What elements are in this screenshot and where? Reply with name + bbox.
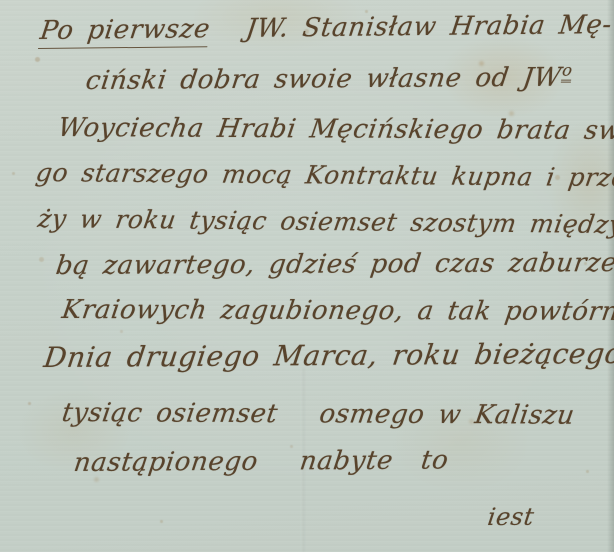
foxing-spots	[0, 0, 3, 3]
line-text: osmego w Kaliszu	[317, 399, 576, 430]
line-text: go starszego mocą Kontraktu kupna i prze…	[34, 158, 614, 193]
line-text: nabyte	[298, 446, 395, 477]
line-text: ciński dobra swoie własne od JW	[84, 63, 563, 96]
line-text: Kraiowych zagubionego, a tak powtórnie	[60, 295, 614, 327]
line-text: tysiąc osiemset	[60, 398, 280, 429]
manuscript-line: ży w roku tysiąc osiemset szostym między…	[36, 204, 614, 240]
line-text: iest	[486, 503, 536, 531]
manuscript-line: ciński dobra swoie własne od JWo	[84, 63, 574, 96]
manuscript-line: go starszego mocą Kontraktu kupna i prze…	[34, 158, 614, 193]
manuscript-line: bą zawartego, gdzieś pod czas zaburzeń	[54, 248, 614, 281]
line-text: nastąpionego	[72, 447, 260, 478]
manuscript-line: Po pierwszeJW. Stanisław Hrabia Mę-	[38, 10, 614, 49]
underlined-phrase: Po pierwsze	[38, 14, 212, 49]
line-text: Dnia drugiego Marca, roku bieżącego	[42, 337, 614, 374]
manuscript-line: Woyciecha Hrabi Męcińskiego brata swe„	[56, 113, 614, 146]
manuscript-page: Po pierwszeJW. Stanisław Hrabia Mę- cińs…	[0, 0, 614, 552]
manuscript-line: Dnia drugiego Marca, roku bieżącego	[42, 337, 614, 374]
abbreviation-superscript: o	[561, 61, 574, 83]
line-text: bą zawartego, gdzieś pod czas zaburzeń	[54, 248, 614, 281]
line-text: ży w roku tysiąc osiemset szostym między…	[36, 204, 614, 240]
manuscript-line: tysiąc osiemsetosmego w Kaliszu	[60, 398, 577, 431]
manuscript-line: Kraiowych zagubionego, a tak powtórnie	[60, 295, 614, 327]
catchword: iest	[486, 503, 536, 531]
line-text: Woyciecha Hrabi Męcińskiego brata swe„	[56, 113, 614, 146]
line-text: JW. Stanisław Hrabia Mę-	[244, 10, 614, 44]
manuscript-line: nastąpionegonabyteto	[72, 445, 450, 478]
line-text: to	[419, 445, 450, 475]
